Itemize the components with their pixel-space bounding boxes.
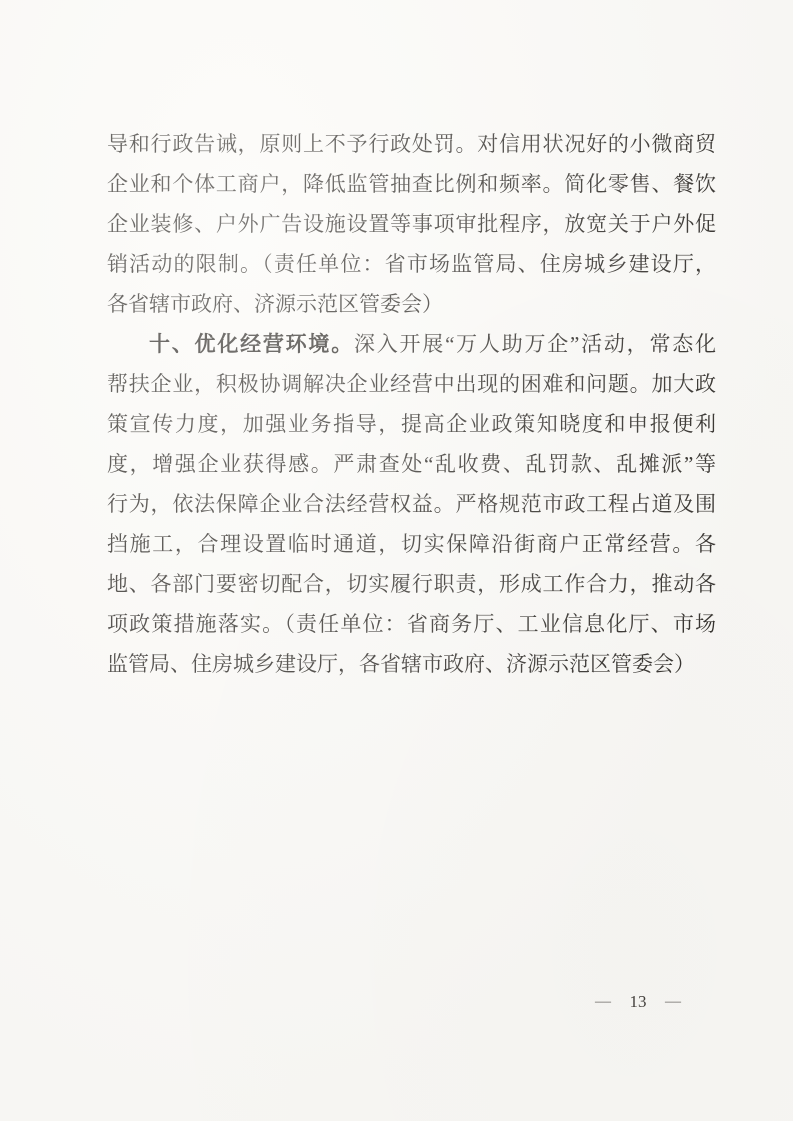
text-line: 度，增强企业获得感。严肃查处“乱收费、乱罚款、乱摊派”等 (107, 444, 716, 484)
page-number-dash-right: — (665, 991, 681, 1013)
text-line: 销活动的限制。（责任单位：省市场监管局、住房城乡建设厅， (107, 244, 716, 284)
page-number-dash-left: — (595, 991, 611, 1013)
text-line: 导和行政告诫，原则上不予行政处罚。对信用状况好的小微商贸 (107, 124, 716, 164)
page-number: — 13 — (595, 991, 681, 1013)
text-line: 策宣传力度，加强业务指导，提高企业政策知晓度和申报便利 (107, 404, 716, 444)
text-line: 企业和个体工商户，降低监管抽查比例和频率。简化零售、餐饮 (107, 164, 716, 204)
text-line: 各省辖市政府、济源示范区管委会） (107, 284, 716, 324)
document-page: 导和行政告诫，原则上不予行政处罚。对信用状况好的小微商贸 企业和个体工商户，降低… (0, 0, 793, 1121)
text-line: 监管局、住房城乡建设厅，各省辖市政府、济源示范区管委会） (107, 644, 716, 684)
section-10-first-line-text: 深入开展“万人助万企”活动，常态化 (354, 332, 716, 356)
text-line: 企业装修、户外广告设施设置等事项审批程序，放宽关于户外促 (107, 204, 716, 244)
text-line: 十、优化经营环境。深入开展“万人助万企”活动，常态化 (107, 324, 716, 364)
text-line: 行为，依法保障企业合法经营权益。严格规范市政工程占道及围 (107, 484, 716, 524)
page-number-value: 13 (630, 991, 647, 1013)
document-body: 导和行政告诫，原则上不予行政处罚。对信用状况好的小微商贸 企业和个体工商户，降低… (107, 124, 716, 684)
section-10-heading: 十、优化经营环境。 (149, 332, 354, 356)
text-line: 地、各部门要密切配合，切实履行职责，形成工作合力，推动各 (107, 564, 716, 604)
text-line: 帮扶企业，积极协调解决企业经营中出现的困难和问题。加大政 (107, 364, 716, 404)
text-line: 挡施工，合理设置临时通道，切实保障沿街商户正常经营。各 (107, 524, 716, 564)
text-line: 项政策措施落实。（责任单位：省商务厅、工业信息化厅、市场 (107, 604, 716, 644)
